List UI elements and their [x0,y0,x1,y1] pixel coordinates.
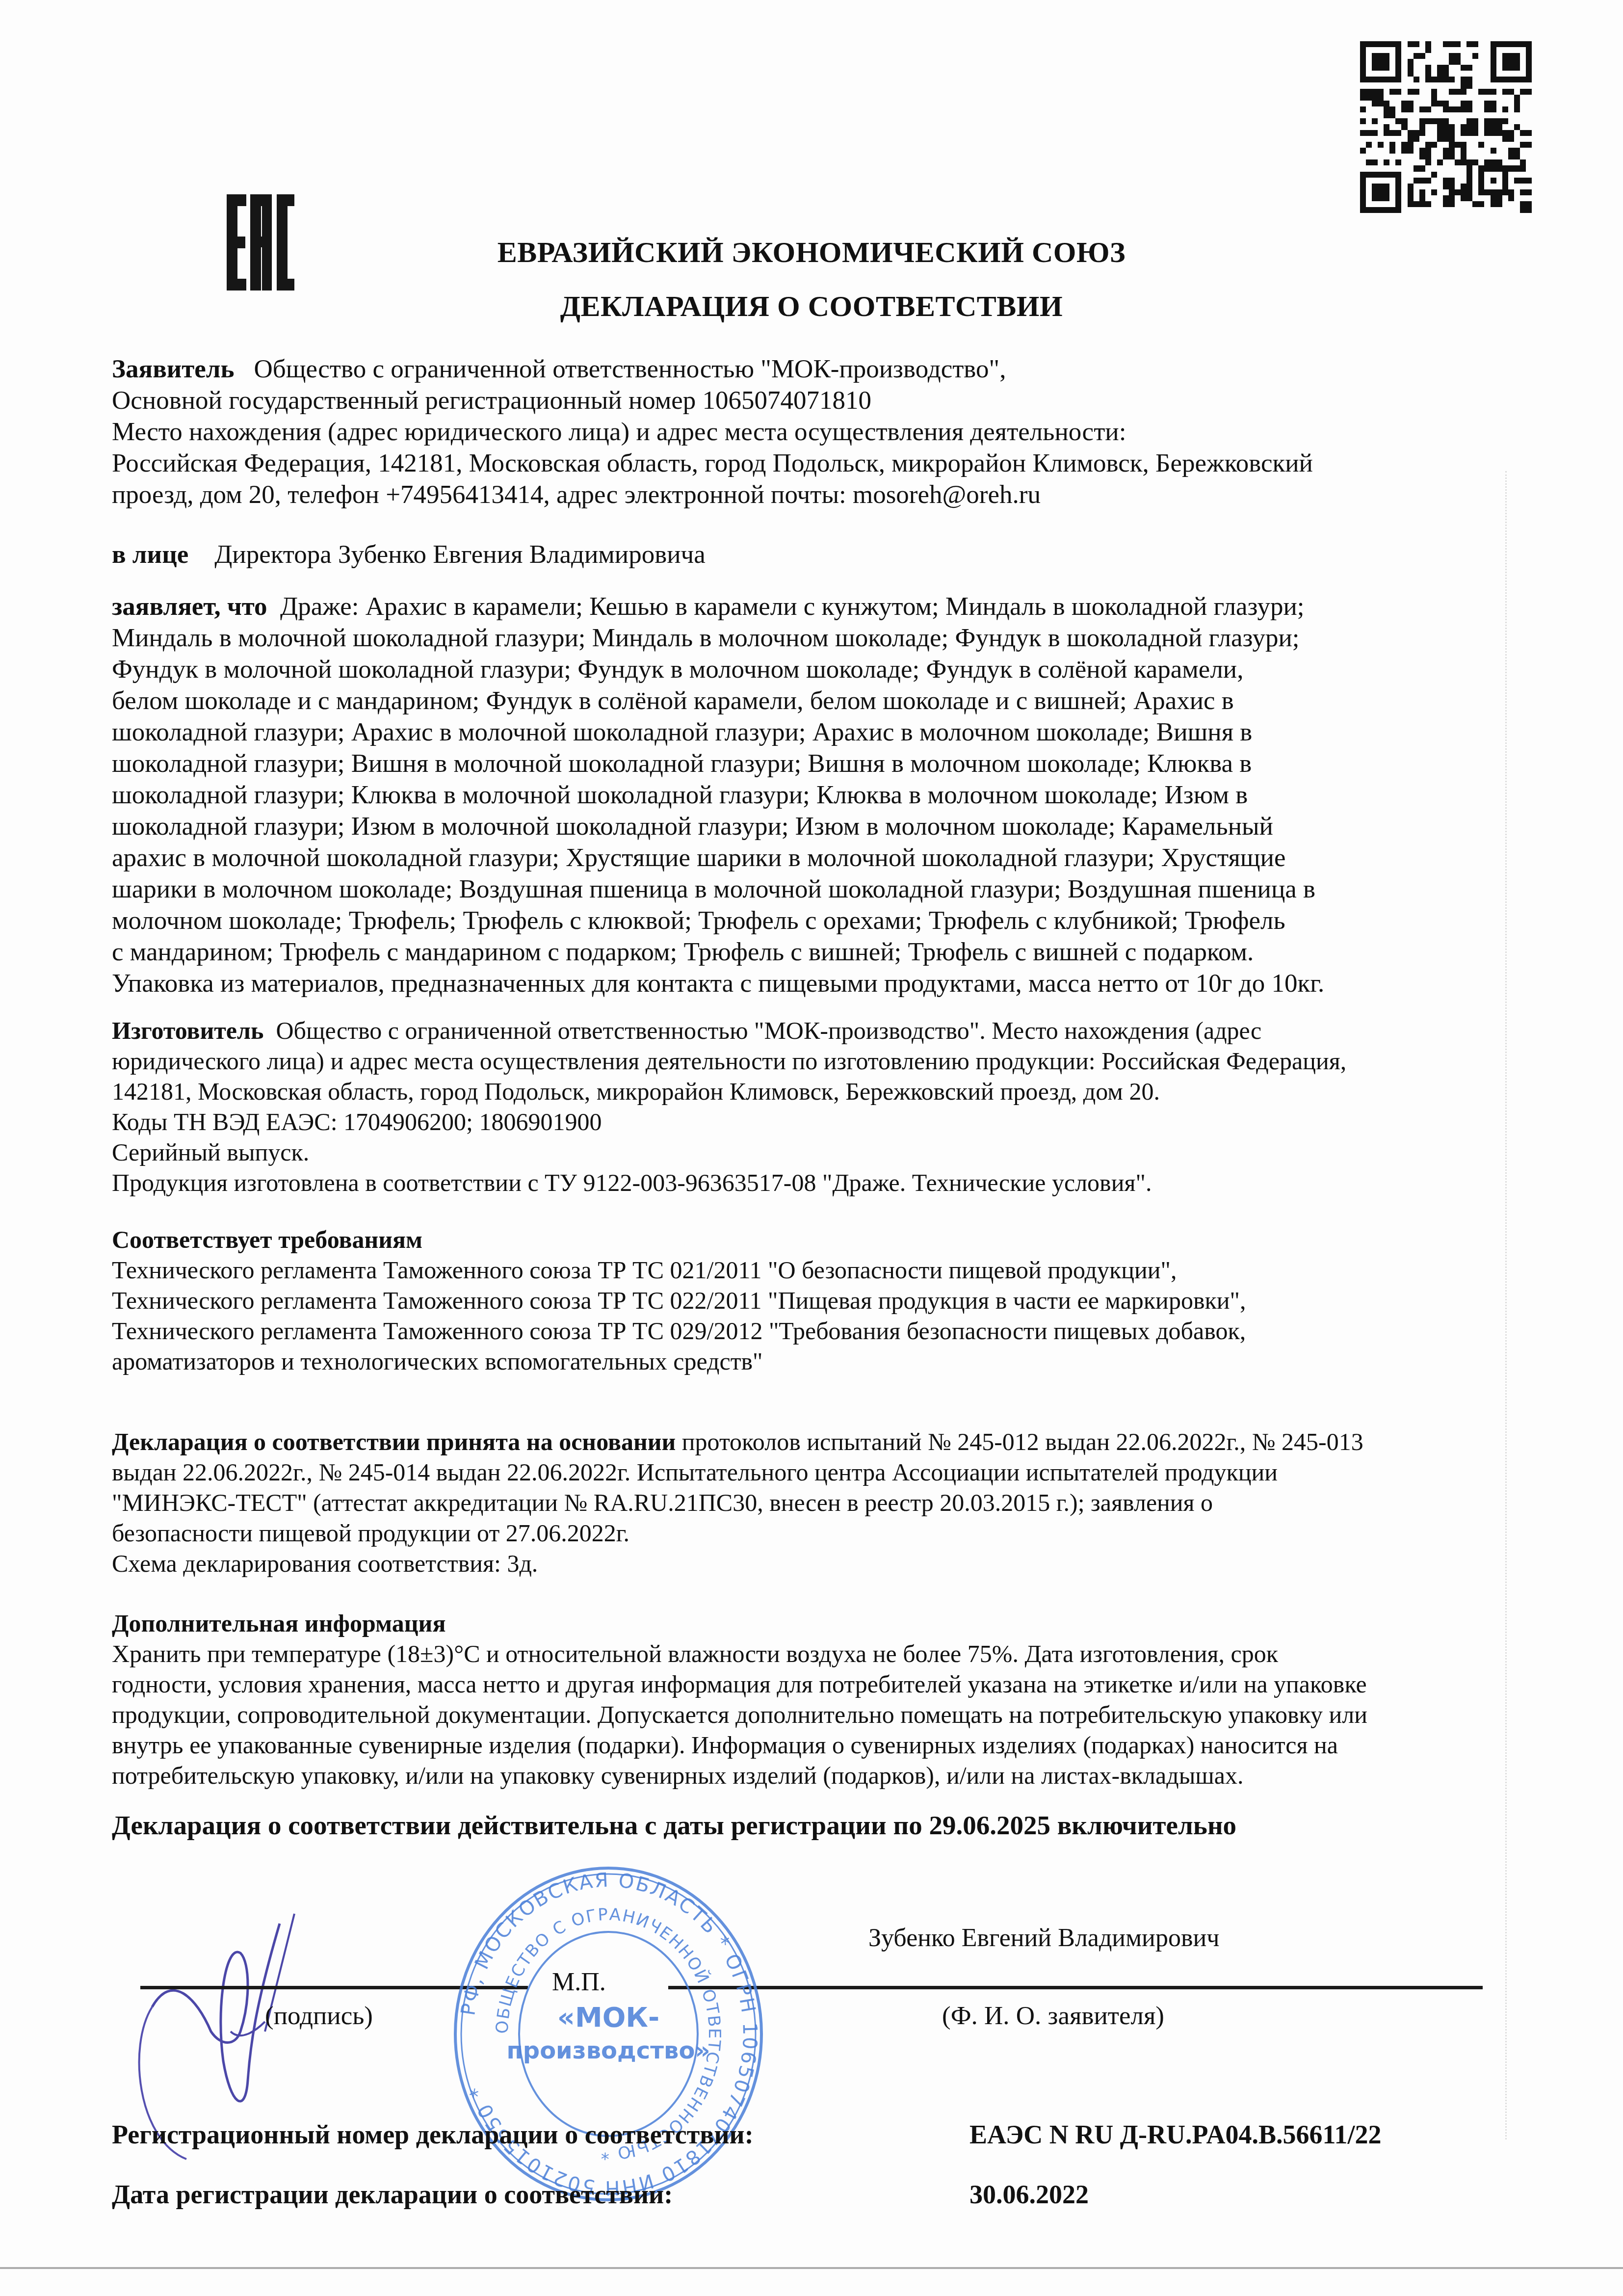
basis-line: выдан 22.06.2022г., № 245-014 выдан 22.0… [112,1456,1278,1488]
applicant-line-1: Заявитель Общество с ограниченной ответс… [112,353,1006,385]
applicant-name: Общество с ограниченной ответственностью… [254,355,1006,383]
product-list-line: белом шоколаде и с мандарином; Фундук в … [112,685,1234,716]
basis-label: Декларация о соответствии принята на осн… [112,1428,676,1455]
signer-name: Зубенко Евгений Владимирович [868,1924,1219,1953]
manufacturer-label: Изготовитель [112,1017,264,1044]
svg-text:производство»: производство» [507,2037,710,2064]
manufacturer-name: Общество с ограниченной ответственностью… [276,1017,1262,1044]
product-list-line: Драже: Арахис в карамели; Кешью в караме… [280,592,1304,621]
validity-statement: Декларация о соответствии действительна … [112,1810,1236,1841]
product-list-line: шарики в молочном шоколаде; Воздушная пш… [112,873,1315,905]
basis-protocols: протоколов испытаний № 245-012 выдан 22.… [682,1428,1363,1455]
product-list-line: молочном шоколаде; Трюфель; Трюфель с кл… [112,905,1285,936]
registration-number-value: ЕАЭС N RU Д-RU.PA04.B.56611/22 [969,2119,1381,2150]
additional-line: годности, условия хранения, масса нетто … [112,1668,1367,1700]
additional-line: Хранить при температуре (18±3)°С и относ… [112,1638,1278,1669]
represented-by: в лице Директора Зубенко Евгения Владими… [112,539,706,570]
declares-label: заявляет, что [112,592,267,621]
represented-by-label: в лице [112,540,188,569]
company-seal: РФ, МОСКОВСКАЯ ОБЛАСТЬ * ОГРН 1065074071… [451,1865,765,2203]
registration-date-value: 30.06.2022 [969,2179,1089,2210]
packaging-line: Упаковка из материалов, предназначенных … [112,968,1324,999]
requirement-item: ароматизаторов и технологических вспомог… [112,1346,763,1377]
tech-spec: Продукция изготовлена в соответствии с Т… [112,1167,1152,1198]
page-bottom-edge [0,2267,1623,2269]
applicant-ogrn: Основной государственный регистрационный… [112,385,871,416]
product-list-line: шоколадной глазури; Вишня в молочной шок… [112,748,1252,779]
requirements-heading: Соответствует требованиям [112,1224,422,1255]
applicant-address-2: проезд, дом 20, телефон +74956413414, ад… [112,479,1041,510]
manufacturer-address-2: 142181, Московская область, город Подоль… [112,1076,1160,1107]
represented-by-value: Директора Зубенко Евгения Владимировича [214,540,706,569]
manufacturer-address-1: юридического лица) и адрес места осущест… [112,1045,1346,1077]
name-line [668,1986,1483,1989]
product-list-line: Миндаль в молочной шоколадной глазури; М… [112,622,1300,654]
product-list-line: шоколадной глазури; Изюм в молочной шоко… [112,811,1273,842]
applicant-label: Заявитель [112,355,235,383]
svg-text:«МОК-: «МОК- [557,2002,660,2033]
basis-line: "МИНЭКС-ТЕСТ" (аттестат аккредитации № R… [112,1487,1213,1518]
additional-line: потребительскую упаковку, и/или на упако… [112,1760,1244,1791]
product-list-line: с мандарином; Трюфель с мандарином с под… [112,936,1254,968]
signature-caption: (подпись) [265,2001,373,2031]
product-list-line: шоколадной глазури; Клюква в молочной шо… [112,779,1248,811]
serial-release: Серийный выпуск. [112,1136,309,1168]
basis-line-1: Декларация о соответствии принята на осн… [112,1426,1363,1457]
registration-number-label: Регистрационный номер декларации о соотв… [112,2119,754,2150]
manufacturer-line-1: Изготовитель Общество с ограниченной отв… [112,1015,1261,1046]
registration-date-label: Дата регистрации декларации о соответств… [112,2179,673,2210]
hs-codes: Коды ТН ВЭД ЕАЭС: 1704906200; 1806901900 [112,1106,602,1137]
applicant-address-label: Место нахождения (адрес юридического лиц… [112,416,1126,448]
document-title: ДЕКЛАРАЦИЯ О СООТВЕТСТВИИ [0,290,1623,323]
product-list-line: шоколадной глазури; Арахис в молочной шо… [112,716,1252,748]
requirement-item: Технического регламента Таможенного союз… [112,1315,1246,1346]
applicant-address-1: Российская Федерация, 142181, Московская… [112,448,1313,479]
additional-heading: Дополнительная информация [112,1608,445,1639]
product-list-line: Фундук в молочной шоколадной глазури; Фу… [112,654,1243,685]
declaration-scheme: Схема декларирования соответствия: 3д. [112,1548,538,1579]
scan-edge-artifact [1505,471,1512,2139]
union-title: ЕВРАЗИЙСКИЙ ЭКОНОМИЧЕСКИЙ СОЮЗ [0,236,1623,269]
additional-line: продукции, сопроводительной документации… [112,1699,1367,1730]
basis-line: безопасности пищевой продукции от 27.06.… [112,1517,629,1549]
qr-code[interactable] [1350,41,1542,213]
product-list-line: арахис в молочной шоколадной глазури; Хр… [112,842,1285,873]
declares-line-1: заявляет, что Драже: Арахис в карамели; … [112,591,1305,622]
name-caption: (Ф. И. О. заявителя) [942,2001,1164,2031]
additional-line: внутрь ее упакованные сувенирные изделия… [112,1729,1338,1761]
requirement-item: Технического регламента Таможенного союз… [112,1285,1246,1316]
requirement-item: Технического регламента Таможенного союз… [112,1254,1177,1286]
